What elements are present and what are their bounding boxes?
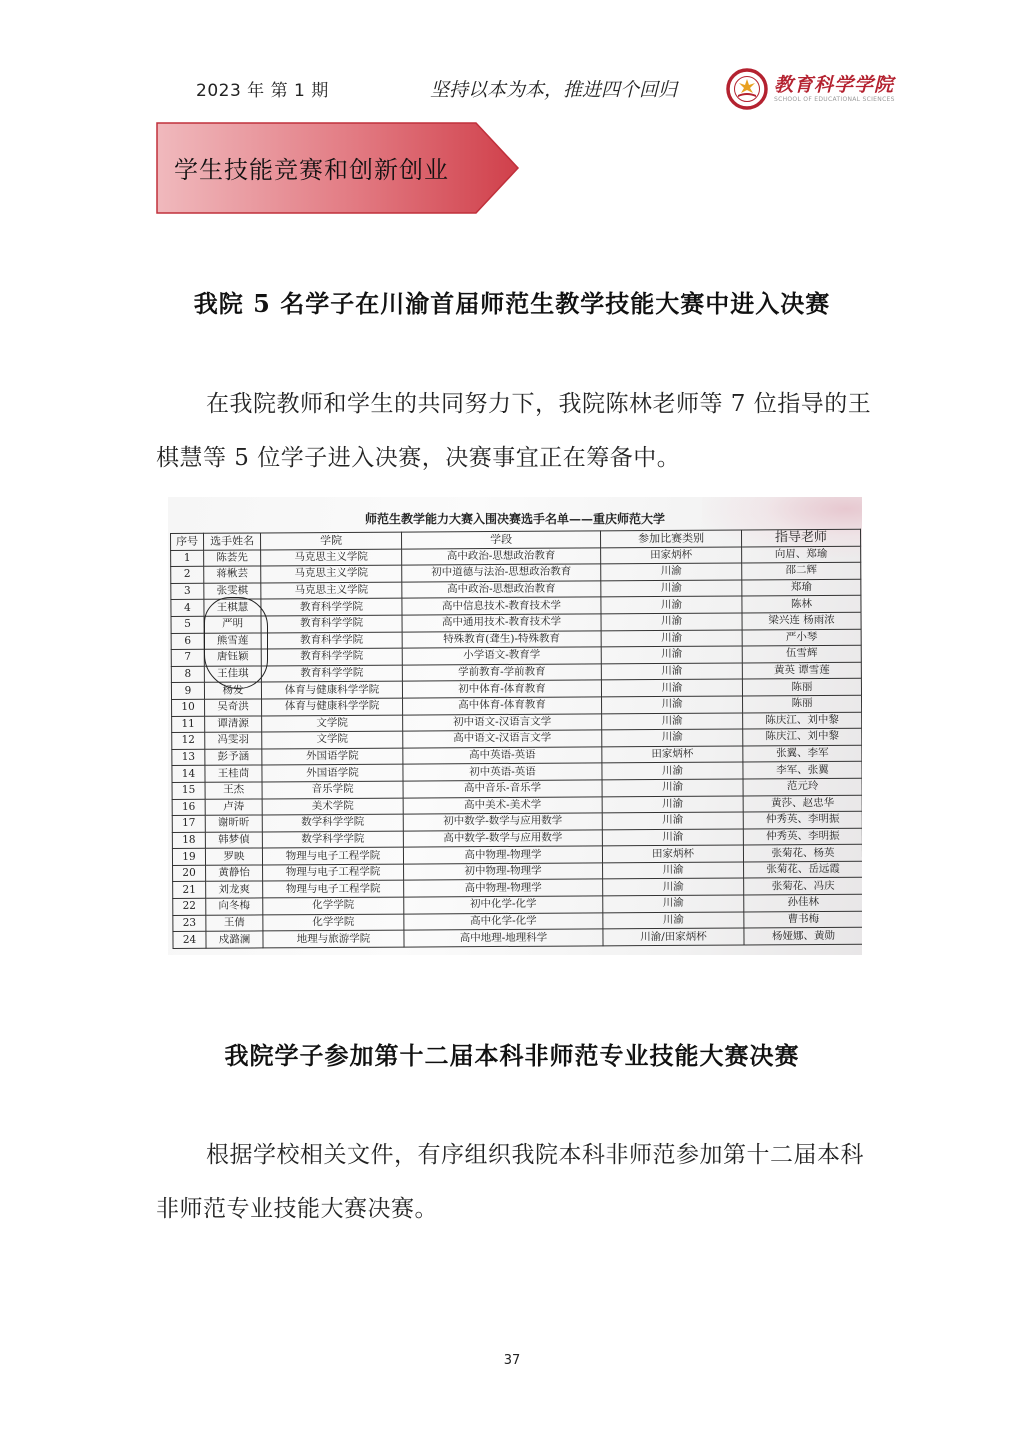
table-cell: 初中语文-汉语言文学: [403, 713, 602, 731]
table-cell: 王佳琪: [204, 666, 261, 683]
table-cell: 教育科学学院: [261, 665, 402, 682]
table-cell: 高中体育-体育教育: [403, 697, 602, 715]
table-cell: 谭清源: [205, 715, 262, 732]
col-header: 学院: [261, 532, 402, 549]
table-cell: 孙佳林: [744, 894, 862, 911]
table-cell: 外国语学院: [262, 748, 403, 765]
table-cell: 川渝: [603, 862, 744, 879]
table-cell: 熊雪莲: [204, 633, 261, 650]
table-cell: 教育科学学院: [261, 632, 402, 649]
table-cell: 川渝/田家炳杯: [603, 928, 744, 945]
table-cell: 田家炳杯: [601, 547, 742, 564]
table-cell: 高中音乐-音乐学: [403, 780, 602, 798]
logo-name: 教育科学学院: [774, 70, 894, 97]
table-cell: 郑瑜: [742, 579, 861, 596]
table-cell: 文学院: [262, 731, 403, 748]
table-cell: 范元玲: [743, 778, 862, 795]
table-cell: 川渝: [602, 713, 743, 730]
table-cell: 唐钰颖: [204, 649, 261, 666]
table-cell: 19: [172, 849, 205, 866]
table-cell: 高中通用技术-教育技术学: [402, 614, 601, 632]
article1-title: 我院 5 名学子在川渝首届师范生教学技能大赛中进入决赛: [0, 284, 1024, 319]
table-cell: 伍雪辉: [742, 645, 861, 662]
table-cell: 川渝: [602, 762, 743, 779]
table-cell: 川渝: [602, 779, 743, 796]
col-header: 序号: [171, 533, 204, 550]
table-cell: 严明: [204, 616, 261, 633]
table-cell: 王杰: [205, 782, 262, 799]
table-cell: 文学院: [262, 715, 403, 732]
table-cell: 1: [171, 550, 204, 567]
table-cell: 李军、张翼: [743, 762, 862, 779]
table-cell: 邵二辉: [742, 562, 861, 579]
table-cell: 川渝: [601, 563, 742, 580]
table-cell: 初中道德与法治-思想政治教育: [402, 564, 601, 582]
table-cell: 刘龙爽: [206, 881, 263, 898]
table-cell: 川渝: [602, 696, 743, 713]
table-cell: 教育科学学院: [261, 648, 402, 665]
table-cell: 陈荟先: [204, 550, 261, 567]
table-cell: 杨发: [204, 682, 261, 699]
table-cell: 张菊花、冯庆: [744, 878, 862, 895]
table-cell: 高中数学-数学与应用数学: [403, 830, 602, 848]
table-cell: 高中语文-汉语言文学: [403, 730, 602, 748]
table-cell: 张菊花、杨英: [743, 845, 862, 862]
table-cell: 化学学院: [263, 914, 404, 931]
table-cell: 美术学院: [262, 798, 403, 815]
table-cell: 8: [171, 666, 204, 683]
table-cell: 初中数学-数学与应用数学: [403, 813, 602, 831]
roster-table: 序号 选手姓名 学院 学段 参加比赛类别 指导老师 1陈荟先马克思主义学院高中政…: [170, 529, 862, 949]
table-cell: 高中美术-美术学: [403, 796, 602, 814]
article2-body: 根据学校相关文件，有序组织我院本科非师范参加第十二届本科非师范专业技能大赛决赛。: [156, 1128, 872, 1236]
school-logo: 教育科学学院 SCHOOL OF EDUCATIONAL SCIENCES: [726, 68, 906, 112]
table-cell: 14: [172, 766, 205, 783]
table-cell: 初中体育-体育教育: [402, 680, 601, 698]
col-header: 指导老师: [741, 529, 860, 546]
table-cell: 黄英 谭雪莲: [742, 662, 861, 679]
table-cell: 17: [172, 815, 205, 832]
table-cell: 川渝: [601, 679, 742, 696]
table-cell: 卢涛: [205, 798, 262, 815]
col-header: 参加比赛类别: [600, 530, 741, 547]
table-cell: 特殊教育(聋生)-特殊教育: [402, 630, 601, 648]
table-cell: 严小琴: [742, 629, 861, 646]
table-cell: 黄莎、赵忠华: [743, 795, 862, 812]
table-cell: 冯雯羽: [205, 732, 262, 749]
table-cell: 川渝: [601, 613, 742, 630]
table-cell: 马克思主义学院: [261, 565, 402, 582]
table-cell: 物理与电子工程学院: [262, 847, 403, 864]
table-cell: 川渝: [602, 796, 743, 813]
table-cell: 高中英语-英语: [403, 747, 602, 765]
issue-label: 2023 年 第 1 期: [196, 76, 329, 101]
table-cell: 王桂茼: [205, 765, 262, 782]
table-cell: 陈丽: [742, 679, 861, 696]
page-number: 37: [0, 1353, 1024, 1368]
table-cell: 川渝: [601, 596, 742, 613]
table-cell: 9: [171, 683, 204, 700]
table-cell: 18: [172, 832, 205, 849]
table-cell: 体育与健康科学学院: [261, 681, 402, 698]
table-cell: 12: [172, 732, 205, 749]
table-cell: 13: [172, 749, 205, 766]
table-row: 24戍潞澜地理与旅游学院高中地理-地理科学川渝/田家炳杯杨娅娜、黄勋: [173, 928, 862, 949]
table-cell: 戍潞澜: [206, 931, 263, 948]
table-cell: 向冬梅: [206, 898, 263, 915]
table-cell: 11: [172, 716, 205, 733]
table-cell: 王倩: [206, 915, 263, 932]
table-cell: 6: [171, 633, 204, 650]
table-cell: 22: [173, 898, 206, 915]
table-cell: 初中化学-化学: [404, 896, 603, 914]
table-cell: 韩梦偵: [205, 832, 262, 849]
table-cell: 高中地理-地理科学: [404, 929, 603, 947]
table-cell: 24: [173, 932, 206, 949]
table-cell: 高中化学-化学: [404, 913, 603, 931]
table-cell: 彭予涵: [205, 749, 262, 766]
section-banner: 学生技能竞赛和创新创业: [156, 122, 520, 214]
article2-title: 我院学子参加第十二届本科非师范专业技能大赛决赛: [0, 1036, 1024, 1071]
table-cell: 地理与旅游学院: [263, 930, 404, 947]
table-cell: 小学语文-教育学: [402, 647, 601, 665]
table-cell: 川渝: [603, 895, 744, 912]
emblem-icon: [726, 68, 768, 110]
table-cell: 陈丽: [743, 695, 862, 712]
table-cell: 21: [173, 882, 206, 899]
table-cell: 教育科学学院: [261, 598, 402, 615]
table-cell: 陈庆江、刘中黎: [743, 728, 862, 745]
table-cell: 初中英语-英语: [403, 763, 602, 781]
table-cell: 川渝: [603, 878, 744, 895]
table-cell: 初中物理-物理学: [404, 863, 603, 881]
table-cell: 蒋楸芸: [204, 566, 261, 583]
table-cell: 田家炳杯: [602, 845, 743, 862]
table-cell: 川渝: [602, 729, 743, 746]
table-cell: 高中物理-物理学: [403, 846, 602, 864]
table-cell: 高中信息技术-教育技术学: [402, 597, 601, 615]
table-cell: 向眉、郑瑜: [742, 546, 861, 563]
table-cell: 10: [172, 699, 205, 716]
table-cell: 音乐学院: [262, 781, 403, 798]
table-cell: 5: [171, 616, 204, 633]
table-cell: 张菊花、岳远霞: [744, 861, 862, 878]
roster-title: 师范生教学能力大赛入围决赛选手名单——重庆师范大学: [168, 510, 862, 527]
col-header: 学段: [401, 531, 600, 549]
table-cell: 川渝: [601, 646, 742, 663]
logo-subtitle: SCHOOL OF EDUCATIONAL SCIENCES: [774, 96, 895, 103]
table-cell: 15: [172, 782, 205, 799]
table-cell: 23: [173, 915, 206, 932]
table-cell: 马克思主义学院: [261, 582, 402, 599]
table-cell: 川渝: [602, 829, 743, 846]
table-cell: 教育科学学院: [261, 615, 402, 632]
table-cell: 16: [172, 799, 205, 816]
table-cell: 田家炳杯: [602, 746, 743, 763]
table-cell: 陈庆江、刘中黎: [743, 712, 862, 729]
banner-label: 学生技能竞赛和创新创业: [174, 150, 449, 185]
table-cell: 川渝: [603, 912, 744, 929]
table-cell: 数学科学学院: [262, 831, 403, 848]
table-cell: 王棋慧: [204, 599, 261, 616]
table-cell: 陈林: [742, 596, 861, 613]
table-cell: 7: [171, 649, 204, 666]
table-cell: 吴奇洪: [205, 699, 262, 716]
table-cell: 3: [171, 583, 204, 600]
table-cell: 黄静怡: [206, 865, 263, 882]
table-cell: 化学学院: [263, 897, 404, 914]
table-cell: 梁兴连 杨雨浓: [742, 612, 861, 629]
table-cell: 曹书梅: [744, 911, 862, 928]
table-cell: 2: [171, 566, 204, 583]
table-cell: 仲秀英、李明振: [743, 811, 862, 828]
table-cell: 20: [173, 865, 206, 882]
table-cell: 张翼、李军: [743, 745, 862, 762]
table-cell: 数学科学学院: [262, 814, 403, 831]
table-cell: 马克思主义学院: [261, 549, 402, 566]
roster-photo: 师范生教学能力大赛入围决赛选手名单——重庆师范大学 序号 选手姓名 学院 学段 …: [168, 497, 862, 955]
table-cell: 物理与电子工程学院: [263, 881, 404, 898]
table-cell: 体育与健康科学学院: [262, 698, 403, 715]
table-cell: 4: [171, 600, 204, 617]
table-cell: 张雯棋: [204, 583, 261, 600]
table-cell: 谢昕昕: [205, 815, 262, 832]
table-cell: 仲秀英、李明振: [743, 828, 862, 845]
table-cell: 外国语学院: [262, 764, 403, 781]
table-cell: 川渝: [601, 580, 742, 597]
table-cell: 高中物理-物理学: [404, 879, 603, 897]
table-cell: 川渝: [601, 663, 742, 680]
table-cell: 川渝: [602, 812, 743, 829]
col-header: 选手姓名: [204, 533, 261, 550]
slogan: 坚持以本为本，推进四个回归: [430, 75, 677, 102]
table-cell: 川渝: [601, 630, 742, 647]
table-cell: 高中政治-思想政治教育: [402, 581, 601, 599]
article1-body: 在我院教师和学生的共同努力下，我院陈林老师等 7 位指导的王棋慧等 5 位学子进…: [156, 377, 872, 485]
table-cell: 学前教育-学前教育: [402, 664, 601, 682]
table-cell: 高中政治-思想政治教育: [402, 547, 601, 565]
table-cell: 罗映: [205, 848, 262, 865]
table-cell: 杨娅娜、黄勋: [744, 928, 862, 945]
table-cell: 物理与电子工程学院: [263, 864, 404, 881]
